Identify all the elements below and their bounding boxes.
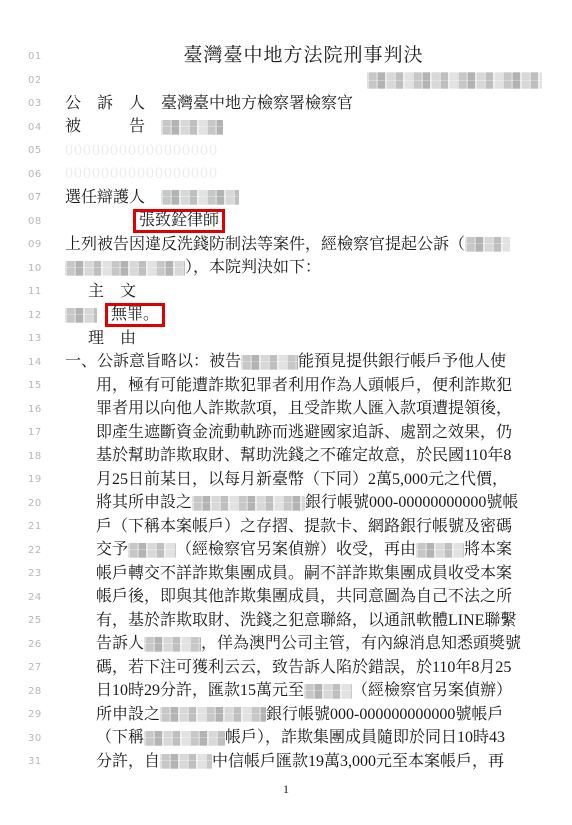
line-text: 戶（下稱本案帳戶）之存摺、提款卡、網路銀行帳號及密碼 bbox=[96, 518, 512, 536]
line-content: 公 訴 人 臺灣臺中地方檢察署檢察官 bbox=[65, 95, 542, 113]
line-content: 戶（下稱本案帳戶）之存摺、提款卡、網路銀行帳號及密碼 bbox=[65, 518, 542, 536]
document-title: 臺灣臺中地方法院刑事判決 bbox=[183, 46, 423, 67]
judgment-line: 30（下稱帳戶），詐欺集團成員隨即於同日10時43 bbox=[28, 727, 542, 751]
judgment-line: 31分許，自中信帳戶匯款19萬3,000元至本案帳戶，再 bbox=[28, 750, 542, 774]
line-content: 臺灣臺中地方法院刑事判決 bbox=[65, 46, 542, 67]
line-content: 所申設之銀行帳號000-000000000000號帳戶 bbox=[65, 706, 542, 724]
redaction-block bbox=[161, 190, 239, 205]
document-lines: 01臺灣臺中地方法院刑事判決0203公 訴 人 臺灣臺中地方檢察署檢察官04被 … bbox=[28, 45, 542, 774]
line-content: 選任辯護人 bbox=[65, 189, 542, 207]
line-number: 12 bbox=[28, 310, 65, 321]
line-content: 罪者用以向他人詐欺款項，且受詐欺人匯入款項遭提領後， bbox=[65, 400, 542, 418]
judgment-line: 10），本院判決如下： bbox=[28, 257, 542, 281]
line-number: 30 bbox=[28, 733, 65, 744]
judgment-line: 25有，基於詐欺取財、洗錢之犯意聯絡，以通訊軟體LINE聯繫 bbox=[28, 609, 542, 633]
redaction-block bbox=[161, 120, 223, 135]
line-number: 11 bbox=[28, 286, 65, 297]
line-number: 01 bbox=[28, 51, 65, 62]
redaction-block bbox=[304, 684, 352, 699]
judgment-line: 19月25日前某日，以每月新臺幣（下同）2萬5,000元之代價， bbox=[28, 468, 542, 492]
line-number: 07 bbox=[28, 192, 65, 203]
redaction-block bbox=[465, 237, 510, 252]
line-number: 15 bbox=[28, 380, 65, 391]
line-number: 21 bbox=[28, 521, 65, 532]
judgment-line: 02 bbox=[28, 69, 542, 93]
judgment-line: 08張致銓律師 bbox=[28, 210, 542, 234]
line-text: ，佯為澳門公司主管，有內線消息知悉頭獎號 bbox=[201, 635, 521, 653]
redaction-block bbox=[192, 496, 305, 511]
line-content: 即產生遮斷資金流動軌跡而逃避國家追訴、處罰之效果，仍 bbox=[65, 424, 542, 442]
judgment-line: 16罪者用以向他人詐欺款項，且受詐欺人匯入款項遭提領後， bbox=[28, 398, 542, 422]
line-number: 24 bbox=[28, 592, 65, 603]
line-text: 帳戶轉交不詳詐欺集團成員。嗣不詳詐欺集團成員收受本案 bbox=[96, 565, 512, 583]
line-number: 06 bbox=[28, 169, 65, 180]
line-content: 帳戶後，即與其他詐欺集團成員，共同意圖為自己不法之所 bbox=[65, 588, 542, 606]
judgment-line: 18基於幫助詐欺取財、幫助洗錢之不確定故意，於民國110年8 bbox=[28, 445, 542, 469]
line-text: 基於幫助詐欺取財、幫助洗錢之不確定故意，於民國110年8 bbox=[96, 447, 511, 465]
line-number: 16 bbox=[28, 404, 65, 415]
redaction-block bbox=[65, 261, 185, 276]
line-content: 被 告 bbox=[65, 118, 542, 136]
line-text: 公 訴 人 臺灣臺中地方檢察署檢察官 bbox=[65, 95, 353, 113]
line-number: 20 bbox=[28, 498, 65, 509]
judgment-line: 23帳戶轉交不詳詐欺集團成員。嗣不詳詐欺集團成員收受本案 bbox=[28, 562, 542, 586]
line-number: 14 bbox=[28, 357, 65, 368]
redaction-block bbox=[241, 355, 298, 370]
line-number: 13 bbox=[28, 333, 65, 344]
redaction-block bbox=[65, 308, 97, 323]
line-number: 04 bbox=[28, 122, 65, 133]
line-content: 帳戶轉交不詳詐欺集團成員。嗣不詳詐欺集團成員收受本案 bbox=[65, 565, 542, 583]
judgment-line: 21戶（下稱本案帳戶）之存摺、提款卡、網路銀行帳號及密碼 bbox=[28, 515, 542, 539]
line-text: 被 告 bbox=[65, 118, 161, 136]
line-number: 27 bbox=[28, 662, 65, 673]
line-number: 29 bbox=[28, 709, 65, 720]
line-content: 告訴人，佯為澳門公司主管，有內線消息知悉頭獎號 bbox=[65, 635, 542, 653]
line-number: 18 bbox=[28, 451, 65, 462]
line-text: 告訴人 bbox=[96, 635, 144, 653]
line-text: ），本院判決如下： bbox=[185, 259, 321, 277]
judgment-line: 27碼，若下注可獲利云云，致告訴人陷於錯誤，於110年8月25 bbox=[28, 656, 542, 680]
judgment-line: 15用，極有可能遭詐欺犯罪者利用作為人頭帳戶，便利詐欺犯 bbox=[28, 374, 542, 398]
line-number: 17 bbox=[28, 427, 65, 438]
line-content: 碼，若下注可獲利云云，致告訴人陷於錯誤，於110年8月25 bbox=[65, 659, 542, 677]
line-text: 將本案 bbox=[464, 541, 512, 559]
line-content: 分許，自中信帳戶匯款19萬3,000元至本案帳戶，再 bbox=[65, 753, 542, 771]
line-text: 日10時29分許，匯款15萬元至 bbox=[96, 682, 304, 700]
line-content: 無罪。 bbox=[65, 303, 542, 327]
line-text: 一、公訴意旨略以：被告 bbox=[65, 353, 241, 371]
line-number: 25 bbox=[28, 615, 65, 626]
line-content: 一、公訴意旨略以：被告能預見提供銀行帳戶予他人使 bbox=[65, 353, 542, 371]
line-text: 有，基於詐欺取財、洗錢之犯意聯絡，以通訊軟體LINE聯繫 bbox=[96, 612, 516, 630]
masked-text: 00000000000000000 bbox=[65, 142, 218, 160]
judgment-line: 04被 告 bbox=[28, 116, 542, 140]
line-number: 08 bbox=[28, 216, 65, 227]
redaction-block bbox=[160, 754, 212, 769]
line-number: 19 bbox=[28, 474, 65, 485]
line-text: 將其所申設之 bbox=[96, 494, 192, 512]
line-content: 上列被告因違反洗錢防制法等案件，經檢察官提起公訴（ bbox=[65, 236, 542, 254]
line-text: 用，極有可能遭詐欺犯罪者利用作為人頭帳戶，便利詐欺犯 bbox=[96, 377, 512, 395]
line-content: 00000000000000000 bbox=[65, 142, 542, 160]
line-content: 有，基於詐欺取財、洗錢之犯意聯絡，以通訊軟體LINE聯繫 bbox=[65, 612, 542, 630]
line-text: 月25日前某日，以每月新臺幣（下同）2萬5,000元之代價， bbox=[96, 471, 508, 489]
line-content: 理 由 bbox=[65, 330, 542, 348]
judgment-line: 0600000000000000000 bbox=[28, 163, 542, 187]
line-number: 09 bbox=[28, 239, 65, 250]
judgment-line: 20將其所申設之銀行帳號000-00000000000號帳 bbox=[28, 492, 542, 516]
line-text: 帳戶後，即與其他詐欺集團成員，共同意圖為自己不法之所 bbox=[96, 588, 512, 606]
line-number: 02 bbox=[28, 75, 65, 86]
line-content bbox=[65, 72, 542, 89]
judgment-line: 01臺灣臺中地方法院刑事判決 bbox=[28, 45, 542, 69]
line-number: 03 bbox=[28, 98, 65, 109]
line-number: 26 bbox=[28, 639, 65, 650]
line-content: 基於幫助詐欺取財、幫助洗錢之不確定故意，於民國110年8 bbox=[65, 447, 542, 465]
redaction-block bbox=[416, 543, 464, 558]
redaction-block bbox=[144, 637, 201, 652]
line-text: 所申設之 bbox=[96, 706, 160, 724]
judgment-line: 09上列被告因違反洗錢防制法等案件，經檢察官提起公訴（ bbox=[28, 233, 542, 257]
judgment-line: 26告訴人，佯為澳門公司主管，有內線消息知悉頭獎號 bbox=[28, 633, 542, 657]
redaction-block bbox=[160, 707, 266, 722]
line-text: 銀行帳號000-00000000000號帳 bbox=[305, 494, 518, 512]
line-text: （下稱 bbox=[96, 729, 144, 747]
line-content: 00000000000000000 bbox=[65, 165, 542, 183]
judgment-line: 0500000000000000000 bbox=[28, 139, 542, 163]
redaction-block bbox=[367, 72, 542, 89]
line-content: 日10時29分許，匯款15萬元至（經檢察官另案偵辦） bbox=[65, 682, 542, 700]
line-content: 交予（經檢察官另案偵辦）收受，再由將本案 bbox=[65, 541, 542, 559]
line-number: 10 bbox=[28, 263, 65, 274]
line-text: 上列被告因違反洗錢防制法等案件，經檢察官提起公訴（ bbox=[65, 236, 465, 254]
judgment-line: 22交予（經檢察官另案偵辦）收受，再由將本案 bbox=[28, 539, 542, 563]
judgment-line: 17即產生遮斷資金流動軌跡而逃避國家追訴、處罰之效果，仍 bbox=[28, 421, 542, 445]
line-text: 能預見提供銀行帳戶予他人使 bbox=[298, 353, 506, 371]
line-content: ），本院判決如下： bbox=[65, 259, 542, 277]
highlight-box: 張致銓律師 bbox=[133, 209, 225, 233]
judgment-line: 12無罪。 bbox=[28, 304, 542, 328]
line-number: 23 bbox=[28, 568, 65, 579]
judgment-line: 03公 訴 人 臺灣臺中地方檢察署檢察官 bbox=[28, 92, 542, 116]
line-text: 即產生遮斷資金流動軌跡而逃避國家追訴、處罰之效果，仍 bbox=[96, 424, 512, 442]
judgment-line: 14一、公訴意旨略以：被告能預見提供銀行帳戶予他人使 bbox=[28, 351, 542, 375]
line-content: 張致銓律師 bbox=[65, 209, 542, 233]
line-content: 主 文 bbox=[65, 283, 542, 301]
highlight-box: 無罪。 bbox=[105, 303, 165, 327]
line-text: 碼，若下注可獲利云云，致告訴人陷於錯誤，於110年8月25 bbox=[96, 659, 511, 677]
line-content: （下稱帳戶），詐欺集團成員隨即於同日10時43 bbox=[65, 729, 542, 747]
line-number: 31 bbox=[28, 756, 65, 767]
line-number: 05 bbox=[28, 145, 65, 156]
judgment-line: 28日10時29分許，匯款15萬元至（經檢察官另案偵辦） bbox=[28, 680, 542, 704]
judgment-line: 11主 文 bbox=[28, 280, 542, 304]
line-text: 銀行帳號000-000000000000號帳戶 bbox=[266, 706, 503, 724]
line-text: 分許，自 bbox=[96, 753, 160, 771]
judgment-line: 29所申設之銀行帳號000-000000000000號帳戶 bbox=[28, 703, 542, 727]
judgment-line: 24帳戶後，即與其他詐欺集團成員，共同意圖為自己不法之所 bbox=[28, 586, 542, 610]
judgment-line: 07選任辯護人 bbox=[28, 186, 542, 210]
line-content: 用，極有可能遭詐欺犯罪者利用作為人頭帳戶，便利詐欺犯 bbox=[65, 377, 542, 395]
line-number: 22 bbox=[28, 545, 65, 556]
line-content: 月25日前某日，以每月新臺幣（下同）2萬5,000元之代價， bbox=[65, 471, 542, 489]
redaction-block bbox=[128, 543, 176, 558]
line-text: 交予 bbox=[96, 541, 128, 559]
line-text: 中信帳戶匯款19萬3,000元至本案帳戶，再 bbox=[212, 753, 504, 771]
line-text: 罪者用以向他人詐欺款項，且受詐欺人匯入款項遭提領後， bbox=[96, 400, 512, 418]
line-content: 將其所申設之銀行帳號000-00000000000號帳 bbox=[65, 494, 542, 512]
line-text: （經檢察官另案偵辦）收受，再由 bbox=[176, 541, 416, 559]
line-text: 帳戶），詐欺集團成員隨即於同日10時43 bbox=[225, 729, 505, 747]
line-text: 選任辯護人 bbox=[65, 189, 161, 207]
line-number: 28 bbox=[28, 686, 65, 697]
document-page: 01臺灣臺中地方法院刑事判決0203公 訴 人 臺灣臺中地方檢察署檢察官04被 … bbox=[0, 0, 572, 825]
line-text: 理 由 bbox=[88, 330, 136, 348]
masked-text: 00000000000000000 bbox=[65, 165, 218, 183]
redaction-block bbox=[144, 731, 225, 746]
line-text: 主 文 bbox=[88, 283, 136, 301]
judgment-line: 13理 由 bbox=[28, 327, 542, 351]
line-text: （經檢察官另案偵辦） bbox=[352, 682, 512, 700]
page-number: 1 bbox=[0, 782, 572, 797]
